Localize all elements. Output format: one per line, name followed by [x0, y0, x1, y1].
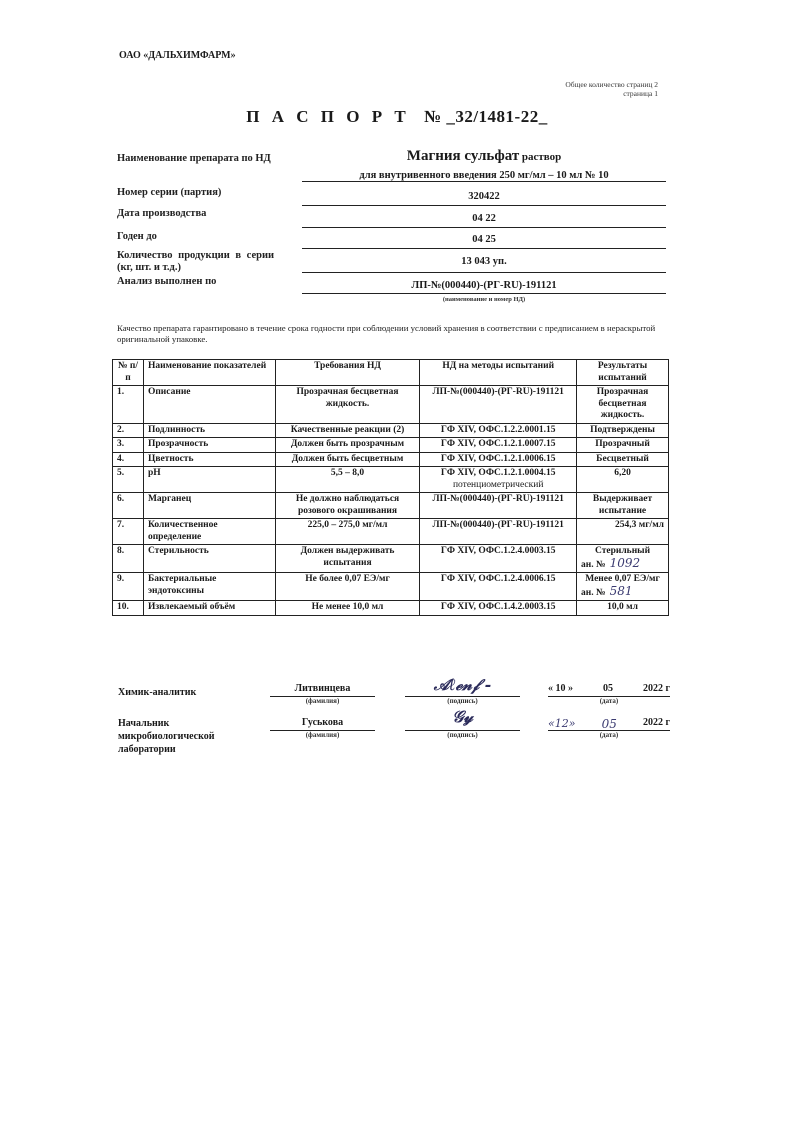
row-indicator: Бактериальные эндотоксины [143, 573, 275, 601]
batch-label: Номер серии (партия) [117, 187, 221, 198]
total-pages: Общее количество страниц 2 [565, 80, 658, 89]
chemist-date-day: « 10 » [548, 683, 573, 696]
analysis-caption: (наименование и номер НД) [302, 296, 666, 303]
row-requirement: Не более 0,07 ЕЭ/мг [275, 573, 420, 601]
title-word: П А С П О Р Т [246, 107, 409, 126]
row-method: ГФ XIV, ОФС.1.2.4.0003.15 [420, 545, 577, 573]
result-text: 6,20 [581, 468, 664, 480]
row-result: 10,0 мл [577, 601, 669, 616]
analysis-number-prefix: ан. № [581, 588, 606, 598]
quality-note: Качество препарата гарантировано в течен… [117, 323, 677, 345]
head-role-1: Начальник [118, 717, 214, 730]
result-text: Бесцветный [581, 454, 664, 466]
row-result: Подтверждены [577, 423, 669, 438]
row-indicator: Извлекаемый объём [143, 601, 275, 616]
analysis-number: ан. №1092 [581, 558, 664, 572]
row-requirement: Качественные реакции (2) [275, 423, 420, 438]
row-indicator: Цветность [143, 452, 275, 467]
passport-number: № _32/1481-22_ [424, 107, 548, 126]
analysis-number: ан. №581 [581, 586, 664, 600]
head-date-month: 05 [602, 717, 617, 730]
head-date-day: «12» [548, 717, 575, 730]
row-result: 254,3 мг/мл [577, 519, 669, 545]
analysis-number-handwritten: 1092 [610, 556, 641, 570]
row-indicator: Прозрачность [143, 438, 275, 453]
method-text: ГФ XIV, ОФС.1.2.1.0004.15 [424, 468, 572, 480]
row-number: 8. [113, 545, 144, 573]
row-number: 1. [113, 386, 144, 424]
table-body: 1.ОписаниеПрозрачная бесцветная жидкость… [113, 386, 669, 616]
row-number: 9. [113, 573, 144, 601]
method-text: ГФ XIV, ОФС.1.4.2.0003.15 [424, 602, 572, 614]
chemist-signature-block: 𝒜ℓℯ𝓃𝒻 - (подпись) [405, 683, 520, 705]
row-result: Прозрачная бесцветная жидкость. [577, 386, 669, 424]
page-number: страница 1 [565, 89, 658, 98]
row-requirement: 225,0 – 275,0 мг/мл [275, 519, 420, 545]
head-date-caption: (дата) [548, 731, 670, 739]
document-title: П А С П О Р Т № _32/1481-22_ [0, 107, 794, 127]
row-number: 4. [113, 452, 144, 467]
row-result: 6,20 [577, 467, 669, 493]
row-result: Прозрачный [577, 438, 669, 453]
method-text: ГФ XIV, ОФС.1.2.2.0001.15 [424, 425, 572, 437]
head-signature-caption: (подпись) [405, 731, 520, 739]
header-results: Результаты испытаний [577, 360, 669, 386]
head-role: Начальник микробиологической лаборатории [118, 717, 214, 756]
row-indicator: Марганец [143, 493, 275, 519]
row-number: 6. [113, 493, 144, 519]
head-surname: Гуськова [270, 717, 375, 731]
row-method: ГФ XIV, ОФС.1.4.2.0003.15 [420, 601, 577, 616]
method-text: ГФ XIV, ОФС.1.2.4.0006.15 [424, 574, 572, 586]
row-indicator: pH [143, 467, 275, 493]
row-number: 10. [113, 601, 144, 616]
method-text: ГФ XIV, ОФС.1.2.1.0007.15 [424, 439, 572, 451]
result-text: Прозрачный [581, 439, 664, 451]
row-method: ЛП-№(000440)-(РГ-RU)-191121 [420, 493, 577, 519]
row-method: ГФ XIV, ОФС.1.2.2.0001.15 [420, 423, 577, 438]
table-header-row: № п/п Наименование показателей Требовани… [113, 360, 669, 386]
table-row: 10.Извлекаемый объёмНе менее 10,0 млГФ X… [113, 601, 669, 616]
method-text: ЛП-№(000440)-(РГ-RU)-191121 [424, 494, 572, 506]
method-text: ГФ XIV, ОФС.1.2.1.0006.15 [424, 454, 572, 466]
head-surname-caption: (фамилия) [270, 731, 375, 739]
analysis-label: Анализ выполнен по [117, 276, 216, 287]
row-number: 5. [113, 467, 144, 493]
head-role-2: микробиологической [118, 730, 214, 743]
chemist-date-year: 2022 г [643, 683, 670, 696]
row-requirement: Должен выдерживать испытания [275, 545, 420, 573]
drug-name-form: раствор [522, 151, 561, 163]
row-requirement: Не менее 10,0 мл [275, 601, 420, 616]
row-result: Менее 0,07 ЕЭ/мган. №581 [577, 573, 669, 601]
drug-label: Наименование препарата по НД [117, 153, 271, 164]
table-row: 9.Бактериальные эндотоксиныНе более 0,07… [113, 573, 669, 601]
row-method: ГФ XIV, ОФС.1.2.1.0007.15 [420, 438, 577, 453]
mfg-date-value: 04 22 [302, 213, 666, 228]
table-row: 1.ОписаниеПрозрачная бесцветная жидкость… [113, 386, 669, 424]
drug-name-line2: для внутривенного введения 250 мг/мл – 1… [302, 170, 666, 182]
head-surname-block: Гуськова (фамилия) [270, 717, 375, 739]
header-number: № п/п [113, 360, 144, 386]
mfg-date-label: Дата производства [117, 208, 206, 219]
chemist-surname-block: Литвинцева (фамилия) [270, 683, 375, 705]
method-extra: потенциометрический [424, 480, 572, 492]
quantity-value: 13 043 уп. [302, 256, 666, 273]
table-row: 4.ЦветностьДолжен быть бесцветнымГФ XIV,… [113, 452, 669, 467]
row-requirement: Прозрачная бесцветная жидкость. [275, 386, 420, 424]
quantity-label: Количество продукции в серии (кг, шт. и … [117, 250, 274, 274]
batch-value: 320422 [302, 191, 666, 206]
chemist-surname: Литвинцева [270, 683, 375, 697]
row-indicator: Количественное определение [143, 519, 275, 545]
row-result: Выдерживает испытание [577, 493, 669, 519]
chemist-surname-caption: (фамилия) [270, 697, 375, 705]
row-method: ГФ XIV, ОФС.1.2.1.0004.15потенциометриче… [420, 467, 577, 493]
head-date-block: «12» 05 2022 г (дата) [548, 717, 670, 739]
row-method: ГФ XIV, ОФС.1.2.1.0006.15 [420, 452, 577, 467]
row-method: ГФ XIV, ОФС.1.2.4.0006.15 [420, 573, 577, 601]
expiry-label: Годен до [117, 231, 157, 242]
header-requirements: Требования НД [275, 360, 420, 386]
table-row: 5.pH5,5 – 8,0ГФ XIV, ОФС.1.2.1.0004.15по… [113, 467, 669, 493]
chemist-date-block: « 10 » 05 2022 г (дата) [548, 683, 670, 705]
method-text: ЛП-№(000440)-(РГ-RU)-191121 [424, 520, 572, 532]
row-indicator: Стерильность [143, 545, 275, 573]
table-row: 8.СтерильностьДолжен выдерживать испытан… [113, 545, 669, 573]
header-methods: НД на методы испытаний [420, 360, 577, 386]
row-method: ЛП-№(000440)-(РГ-RU)-191121 [420, 386, 577, 424]
row-requirement: Должен быть прозрачным [275, 438, 420, 453]
row-result: Стерильныйан. №1092 [577, 545, 669, 573]
company-name: ОАО «ДАЛЬХИМФАРМ» [119, 50, 236, 61]
drug-name: Магния сульфат раствор [302, 148, 666, 165]
table-row: 6.МарганецНе должно наблюдаться розового… [113, 493, 669, 519]
result-text: 10,0 мл [581, 602, 664, 614]
quantity-label-1: Количество продукции в серии [117, 250, 274, 262]
chemist-date-month: 05 [603, 683, 613, 696]
results-table: № п/п Наименование показателей Требовани… [112, 359, 669, 616]
chemist-signature: 𝒜ℓℯ𝓃𝒻 - [405, 683, 520, 697]
row-method: ЛП-№(000440)-(РГ-RU)-191121 [420, 519, 577, 545]
result-text: Прозрачная бесцветная жидкость. [581, 387, 664, 422]
table-row: 2.ПодлинностьКачественные реакции (2)ГФ … [113, 423, 669, 438]
drug-name-main: Магния сульфат [407, 148, 519, 164]
result-text: Подтверждены [581, 425, 664, 437]
row-requirement: 5,5 – 8,0 [275, 467, 420, 493]
quantity-label-2: (кг, шт. и т.д.) [117, 262, 274, 274]
expiry-value: 04 25 [302, 234, 666, 249]
chemist-role: Химик-аналитик [118, 686, 196, 699]
table-row: 3.ПрозрачностьДолжен быть прозрачнымГФ X… [113, 438, 669, 453]
row-indicator: Подлинность [143, 423, 275, 438]
head-role-3: лаборатории [118, 743, 214, 756]
row-number: 3. [113, 438, 144, 453]
row-number: 2. [113, 423, 144, 438]
method-text: ГФ XIV, ОФС.1.2.4.0003.15 [424, 546, 572, 558]
row-indicator: Описание [143, 386, 275, 424]
header-indicator: Наименование показателей [143, 360, 275, 386]
result-text: 254,3 мг/мл [581, 520, 664, 532]
page-count: Общее количество страниц 2 страница 1 [565, 80, 658, 98]
row-requirement: Должен быть бесцветным [275, 452, 420, 467]
row-requirement: Не должно наблюдаться розового окрашиван… [275, 493, 420, 519]
table-row: 7.Количественное определение225,0 – 275,… [113, 519, 669, 545]
head-date-year: 2022 г [643, 717, 670, 730]
chemist-date-caption: (дата) [548, 697, 670, 705]
analysis-number-prefix: ан. № [581, 560, 606, 570]
head-signature-block: 𝒢𝓎 (подпись) [405, 717, 520, 739]
method-text: ЛП-№(000440)-(РГ-RU)-191121 [424, 387, 572, 399]
row-number: 7. [113, 519, 144, 545]
analysis-number-handwritten: 581 [610, 584, 633, 598]
head-signature: 𝒢𝓎 [405, 717, 520, 731]
analysis-value: ЛП-№(000440)-(РГ-RU)-191121 [302, 280, 666, 294]
chemist-signature-caption: (подпись) [405, 697, 520, 705]
result-text: Выдерживает испытание [581, 494, 664, 517]
row-result: Бесцветный [577, 452, 669, 467]
